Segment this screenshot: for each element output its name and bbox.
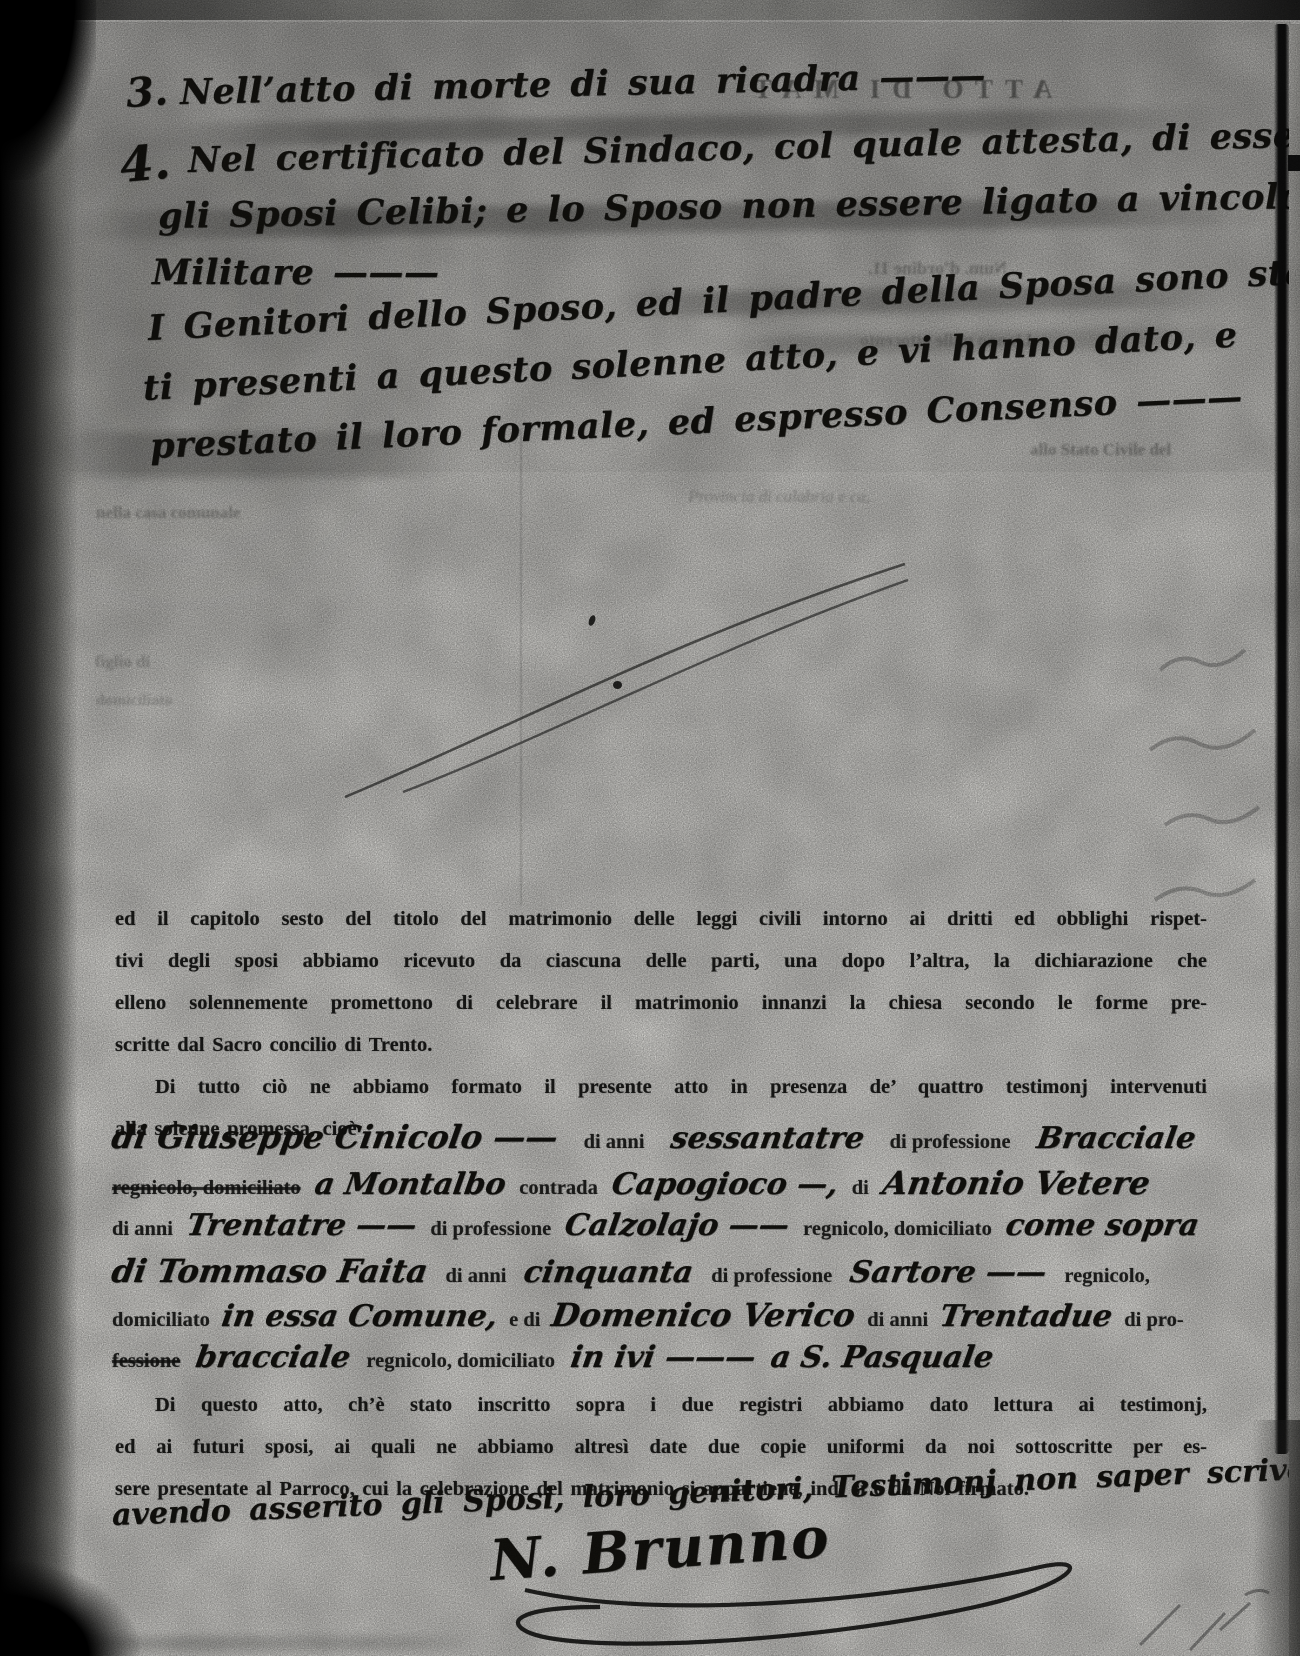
scan-noise-mottle: [0, 0, 1300, 1656]
scanned-marriage-act-page: ATTO DI MAT Num. d’ordine 11. allo Stato…: [0, 0, 1300, 1656]
